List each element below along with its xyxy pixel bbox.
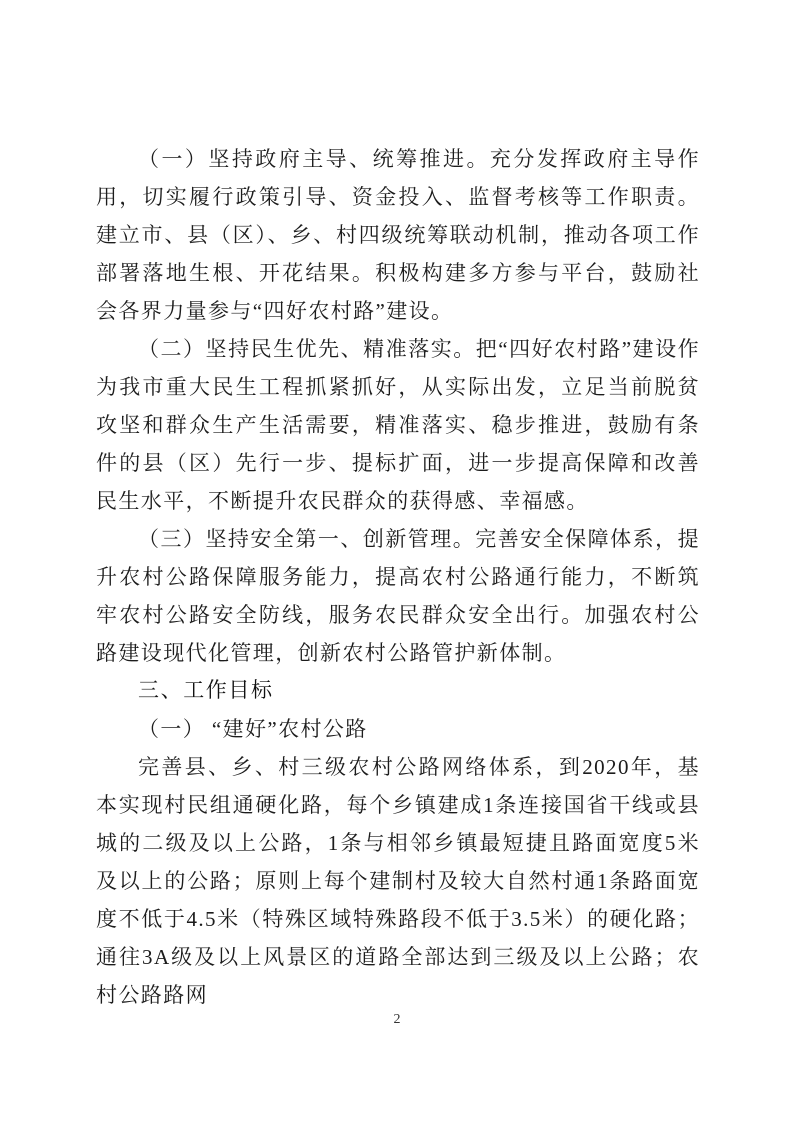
paragraph-principle-livelihood-first: （二）坚持民生优先、精准落实。把“四好农村路”建设作为我市重大民生工程抓紧抓好，… — [96, 330, 700, 520]
section-heading-work-goals: 三、工作目标 — [96, 672, 700, 710]
paragraph-goal-build-rural-roads: 完善县、乡、村三级农村公路网络体系，到2020年，基本实现村民组通硬化路，每个乡… — [96, 748, 700, 1014]
paragraph-principle-government-led: （一）坚持政府主导、统筹推进。充分发挥政府主导作用，切实履行政策引导、资金投入、… — [96, 140, 700, 330]
paragraph-principle-safety-first: （三）坚持安全第一、创新管理。完善安全保障体系，提升农村公路保障服务能力，提高农… — [96, 520, 700, 672]
page-number: 2 — [0, 1010, 794, 1030]
document-page: （一）坚持政府主导、统筹推进。充分发挥政府主导作用，切实履行政策引导、资金投入、… — [0, 0, 794, 1122]
document-content: （一）坚持政府主导、统筹推进。充分发挥政府主导作用，切实履行政策引导、资金投入、… — [96, 140, 700, 1014]
subsection-heading-build-rural-roads: （一） “建好”农村公路 — [96, 710, 700, 748]
